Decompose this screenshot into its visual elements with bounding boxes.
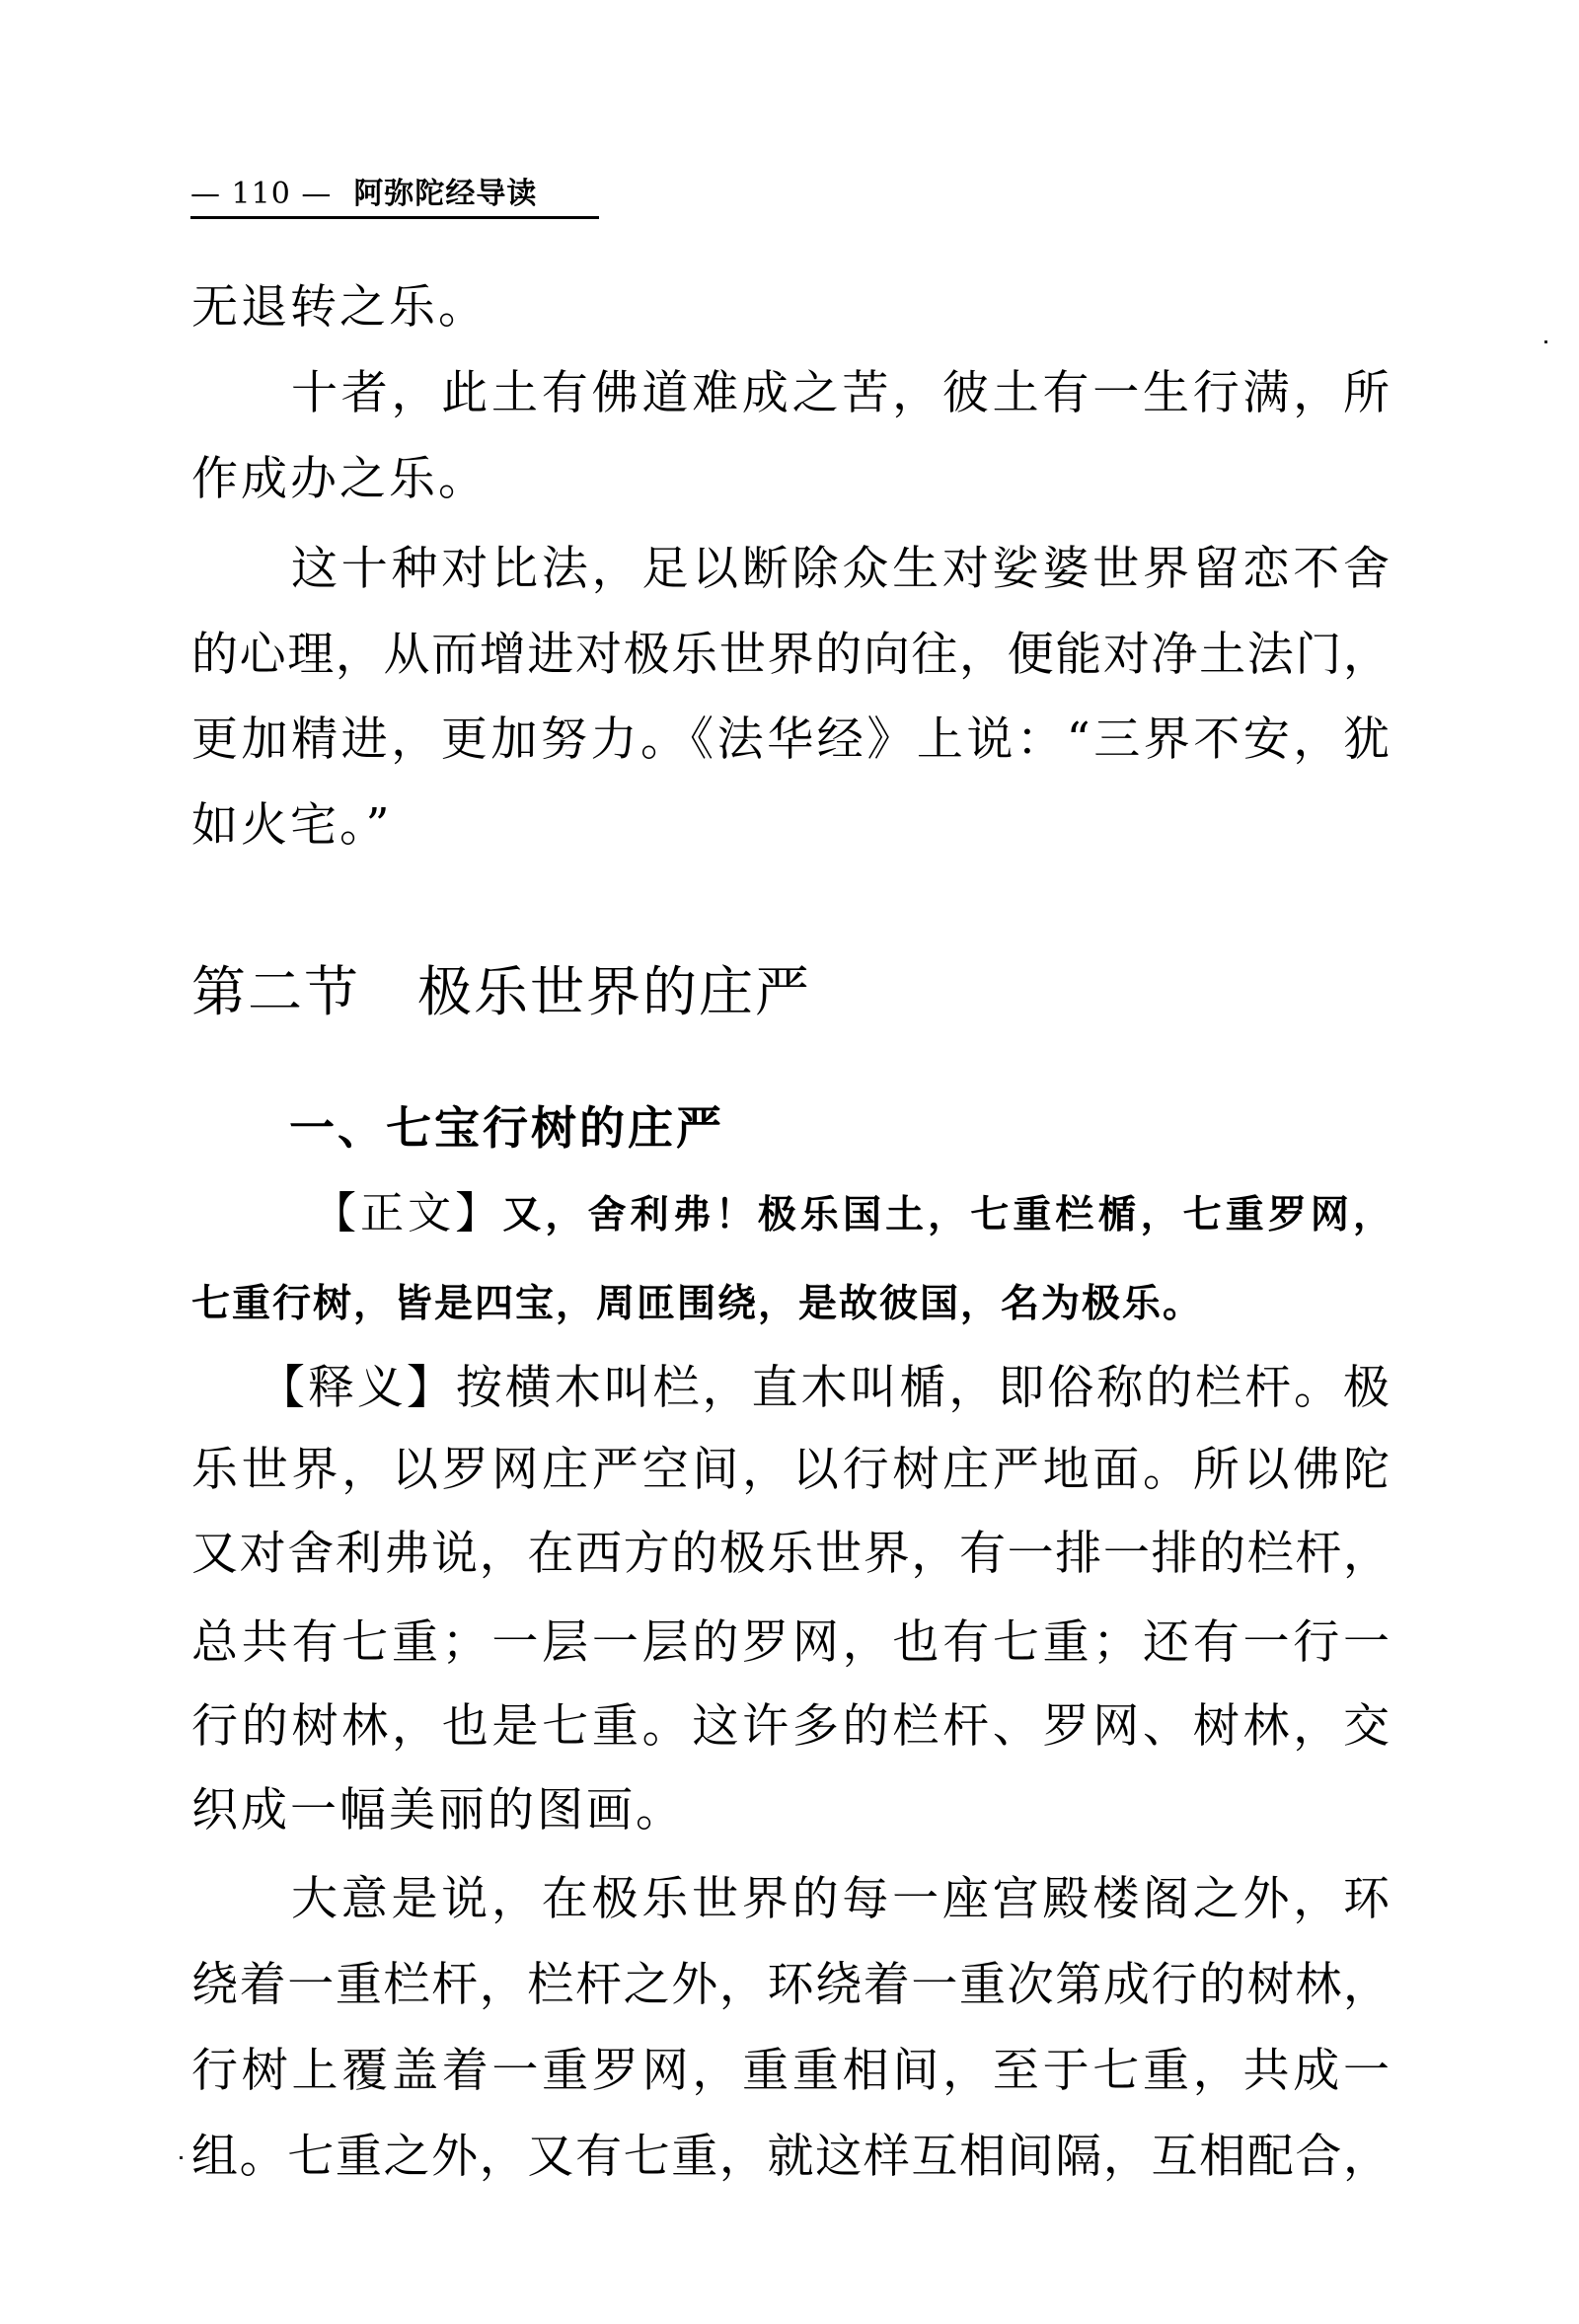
book-page: — 110 —阿弥陀经导读 无退转之乐。 十者，此土有佛道难成之苦，彼土有一生行…	[0, 0, 1579, 2324]
body-line: 十者，此土有佛道难成之苦，彼土有一生行满，所	[291, 364, 1390, 423]
scripture-tag: 【正文】	[313, 1188, 502, 1238]
scripture-line: 七重行树，皆是四宝，周匝围绕，是故彼国，名为极乐。	[191, 1275, 1203, 1334]
scan-speck	[180, 2156, 183, 2159]
body-line: 大意是说，在极乐世界的每一座宫殿楼阁之外，环	[291, 1870, 1390, 1929]
scan-speck	[1544, 340, 1547, 343]
body-line: 又对舍利弗说，在西方的极乐世界，有一排一排的栏杆，	[191, 1525, 1390, 1584]
running-header: — 110 —阿弥陀经导读	[190, 175, 599, 219]
body-line: 乐世界，以罗网庄严空间，以行树庄严地面。所以佛陀	[191, 1441, 1390, 1500]
subsection-heading: 一、七宝行树的庄严	[289, 1098, 724, 1158]
scripture-text: 又，舍利弗！极乐国土，七重栏楯，七重罗网，	[502, 1193, 1391, 1237]
body-line: 织成一幅美丽的图画。	[191, 1781, 685, 1840]
body-line: 无退转之乐。	[191, 278, 488, 337]
explanation-line: 【释义】按横木叫栏，直木叫楯，即俗称的栏杆。极	[259, 1359, 1390, 1418]
section-title: 极乐世界的庄严	[417, 960, 811, 1023]
body-line: 更加精进，更加努力。《法华经》上说：“三界不安，犹	[191, 711, 1390, 770]
section-heading: 第二节极乐世界的庄严	[191, 959, 811, 1024]
explanation-tag: 【释义】	[259, 1361, 456, 1415]
section-number: 第二节	[191, 960, 360, 1023]
body-line: 作成办之乐。	[191, 450, 488, 509]
scripture-line: 【正文】又，舍利弗！极乐国土，七重栏楯，七重罗网，	[313, 1184, 1391, 1243]
body-line: 组。七重之外，又有七重，就这样互相间隔，互相配合，	[191, 2128, 1390, 2187]
body-line: 的心理，从而增进对极乐世界的向往，便能对净土法门，	[191, 626, 1390, 685]
body-line: 行树上覆盖着一重罗网，重重相间，至于七重，共成一	[191, 2042, 1390, 2101]
body-line: 这十种对比法，足以断除众生对娑婆世界留恋不舍	[291, 540, 1390, 599]
book-title: 阿弥陀经导读	[353, 177, 537, 211]
body-line: 总共有七重；一层一层的罗网，也有七重；还有一行一	[191, 1613, 1390, 1673]
body-line: 绕着一重栏杆，栏杆之外，环绕着一重次第成行的树林，	[191, 1956, 1390, 2015]
explanation-text: 按横木叫栏，直木叫楯，即俗称的栏杆。极	[456, 1361, 1390, 1415]
body-line: 如火宅。”	[191, 796, 393, 856]
body-line: 行的树林，也是七重。这许多的栏杆、罗网、树林，交	[191, 1697, 1390, 1757]
page-number: — 110 —	[190, 177, 332, 211]
